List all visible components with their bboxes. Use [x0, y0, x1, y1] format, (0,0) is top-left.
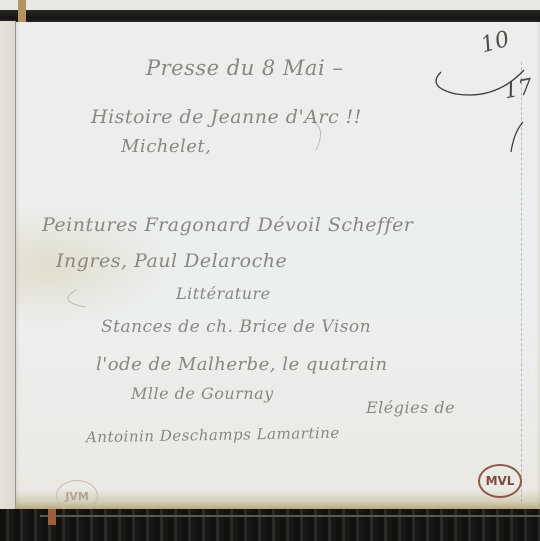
text-line-1: Presse du 8 Mai –	[146, 56, 343, 80]
text-line-10: Elégies de	[366, 398, 455, 417]
text-line-2: Histoire de Jeanne d'Arc !!	[91, 106, 362, 128]
text-line-3: Michelet,	[121, 136, 211, 157]
stamp-jvm-label: JVM	[65, 490, 89, 503]
text-line-8: l'ode de Malherbe, le quatrain	[96, 354, 388, 375]
manuscript-page: 10 17 Presse du 8 Mai – Histoire de Jean…	[16, 22, 540, 509]
text-line-7: Stances de ch. Brice de Vison	[101, 317, 371, 337]
text-line-9: Mlle de Gournay	[131, 384, 274, 403]
text-line-4: Peintures Fragonard Dévoil Scheffer	[42, 214, 413, 236]
binding-tab-bottom	[48, 509, 56, 525]
left-page-edge	[0, 21, 16, 526]
stamp-mvl-label: MVL	[486, 474, 515, 488]
binding-edge	[40, 515, 540, 517]
stamp-mvl: MVL	[478, 464, 522, 498]
bottom-binding	[0, 509, 540, 541]
page-number-secondary: 17	[502, 75, 535, 105]
text-line-6: Littérature	[176, 284, 271, 303]
stamp-jvm: JVM	[56, 480, 98, 512]
binding-tab	[18, 0, 26, 22]
text-line-5: Ingres, Paul Delaroche	[56, 250, 287, 272]
